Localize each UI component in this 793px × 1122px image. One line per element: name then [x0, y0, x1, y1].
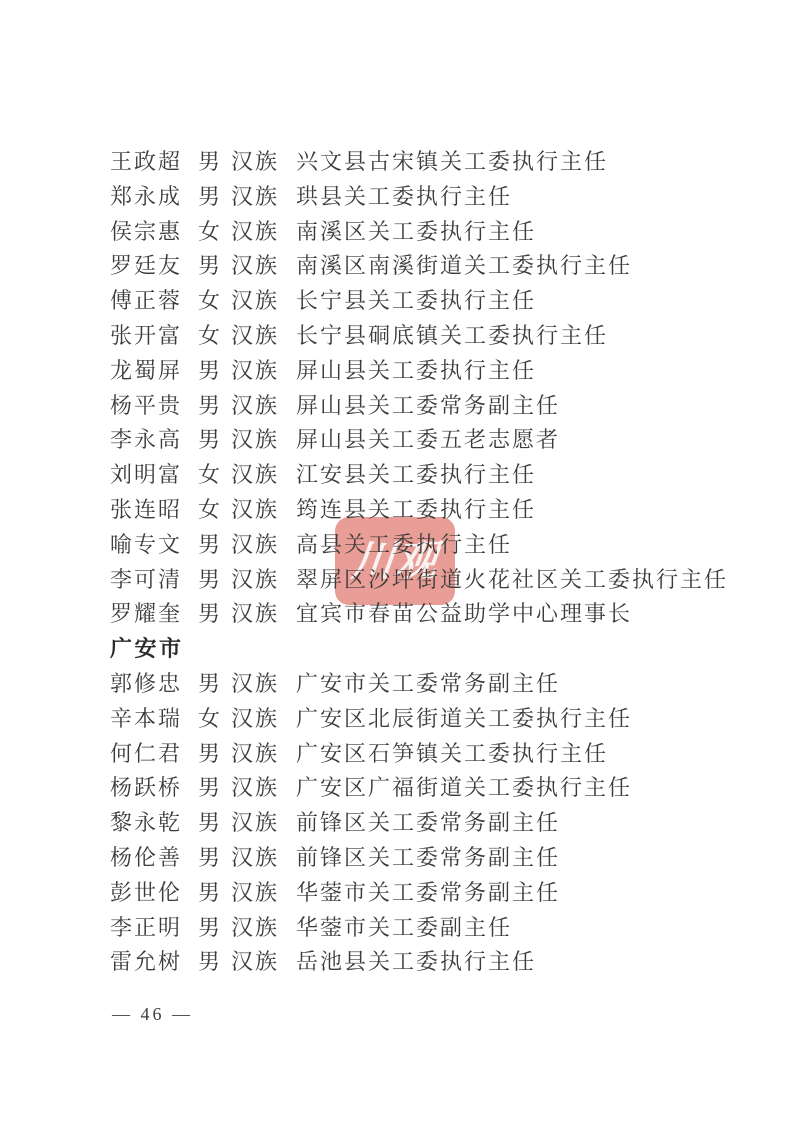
person-ethnicity: 汉族	[231, 358, 279, 384]
person-title: 岳池县关工委执行主任	[296, 949, 536, 975]
person-ethnicity: 汉族	[231, 915, 279, 941]
roster-row: 辛本瑞女汉族广安区北辰街道关工委执行主任	[0, 706, 793, 732]
person-name: 郭修忠	[110, 671, 182, 697]
roster-row: 彭世伦男汉族华蓥市关工委常务副主任	[0, 880, 793, 906]
person-gender: 男	[198, 880, 222, 906]
person-title: 华蓥市关工委副主任	[296, 915, 512, 941]
person-gender: 男	[198, 810, 222, 836]
person-name: 彭世伦	[110, 880, 182, 906]
section-header: 广安市	[110, 636, 184, 662]
person-title: 筠连县关工委执行主任	[296, 497, 536, 523]
person-title: 高县关工委执行主任	[296, 532, 512, 558]
person-title: 江安县关工委执行主任	[296, 462, 536, 488]
person-ethnicity: 汉族	[231, 671, 279, 697]
person-name: 李永高	[110, 427, 182, 453]
person-gender: 男	[198, 184, 222, 210]
person-gender: 女	[198, 706, 222, 732]
person-name: 张开富	[110, 323, 182, 349]
person-ethnicity: 汉族	[231, 567, 279, 593]
person-name: 罗廷友	[110, 253, 182, 279]
person-name: 杨伦善	[110, 845, 182, 871]
person-title: 宜宾市春苗公益助学中心理事长	[296, 601, 632, 627]
person-ethnicity: 汉族	[231, 601, 279, 627]
person-ethnicity: 汉族	[231, 149, 279, 175]
roster-row: 郑永成男汉族珙县关工委执行主任	[0, 184, 793, 210]
person-ethnicity: 汉族	[231, 393, 279, 419]
roster-list: 王政超男汉族兴文县古宋镇关工委执行主任郑永成男汉族珙县关工委执行主任侯宗惠女汉族…	[0, 0, 793, 1122]
person-gender: 男	[198, 393, 222, 419]
person-ethnicity: 汉族	[231, 706, 279, 732]
person-gender: 男	[198, 845, 222, 871]
person-gender: 男	[198, 567, 222, 593]
person-title: 翠屏区沙坪街道火花社区关工委执行主任	[296, 567, 728, 593]
person-name: 罗耀奎	[110, 601, 182, 627]
roster-row: 侯宗惠女汉族南溪区关工委执行主任	[0, 219, 793, 245]
roster-row: 王政超男汉族兴文县古宋镇关工委执行主任	[0, 149, 793, 175]
person-ethnicity: 汉族	[231, 810, 279, 836]
roster-row: 黎永乾男汉族前锋区关工委常务副主任	[0, 810, 793, 836]
roster-row: 张连昭女汉族筠连县关工委执行主任	[0, 497, 793, 523]
roster-row: 郭修忠男汉族广安市关工委常务副主任	[0, 671, 793, 697]
person-ethnicity: 汉族	[231, 775, 279, 801]
person-ethnicity: 汉族	[231, 845, 279, 871]
person-ethnicity: 汉族	[231, 427, 279, 453]
person-name: 傅正蓉	[110, 288, 182, 314]
roster-row: 李永高男汉族屏山县关工委五老志愿者	[0, 427, 793, 453]
person-title: 华蓥市关工委常务副主任	[296, 880, 560, 906]
person-gender: 男	[198, 741, 222, 767]
person-ethnicity: 汉族	[231, 949, 279, 975]
person-gender: 男	[198, 915, 222, 941]
person-gender: 女	[198, 323, 222, 349]
person-name: 郑永成	[110, 184, 182, 210]
roster-row: 罗耀奎男汉族宜宾市春苗公益助学中心理事长	[0, 601, 793, 627]
person-ethnicity: 汉族	[231, 184, 279, 210]
person-ethnicity: 汉族	[231, 323, 279, 349]
person-title: 长宁县硐底镇关工委执行主任	[296, 323, 608, 349]
person-name: 雷允树	[110, 949, 182, 975]
roster-row: 雷允树男汉族岳池县关工委执行主任	[0, 949, 793, 975]
page-number: — 46 —	[112, 1004, 193, 1025]
person-name: 杨平贵	[110, 393, 182, 419]
person-gender: 女	[198, 497, 222, 523]
person-name: 王政超	[110, 149, 182, 175]
person-title: 广安市关工委常务副主任	[296, 671, 560, 697]
person-gender: 男	[198, 427, 222, 453]
person-gender: 女	[198, 288, 222, 314]
roster-row: 龙蜀屏男汉族屏山县关工委执行主任	[0, 358, 793, 384]
roster-row: 傅正蓉女汉族长宁县关工委执行主任	[0, 288, 793, 314]
person-ethnicity: 汉族	[231, 497, 279, 523]
person-gender: 男	[198, 601, 222, 627]
person-title: 屏山县关工委常务副主任	[296, 393, 560, 419]
person-name: 杨跃桥	[110, 775, 182, 801]
person-title: 前锋区关工委常务副主任	[296, 845, 560, 871]
person-title: 广安区广福街道关工委执行主任	[296, 775, 632, 801]
person-ethnicity: 汉族	[231, 741, 279, 767]
person-gender: 女	[198, 462, 222, 488]
person-title: 长宁县关工委执行主任	[296, 288, 536, 314]
person-ethnicity: 汉族	[231, 219, 279, 245]
person-name: 李可清	[110, 567, 182, 593]
person-title: 兴文县古宋镇关工委执行主任	[296, 149, 608, 175]
person-name: 黎永乾	[110, 810, 182, 836]
person-title: 广安区北辰街道关工委执行主任	[296, 706, 632, 732]
page-number-text: — 46 —	[112, 1004, 193, 1024]
person-name: 刘明富	[110, 462, 182, 488]
person-gender: 男	[198, 671, 222, 697]
roster-row: 杨伦善男汉族前锋区关工委常务副主任	[0, 845, 793, 871]
person-title: 南溪区南溪街道关工委执行主任	[296, 253, 632, 279]
person-ethnicity: 汉族	[231, 532, 279, 558]
person-gender: 男	[198, 775, 222, 801]
person-gender: 男	[198, 149, 222, 175]
person-ethnicity: 汉族	[231, 288, 279, 314]
person-gender: 女	[198, 219, 222, 245]
person-title: 南溪区关工委执行主任	[296, 219, 536, 245]
person-ethnicity: 汉族	[231, 880, 279, 906]
person-ethnicity: 汉族	[231, 462, 279, 488]
roster-row: 罗廷友男汉族南溪区南溪街道关工委执行主任	[0, 253, 793, 279]
person-title: 珙县关工委执行主任	[296, 184, 512, 210]
person-title: 广安区石笋镇关工委执行主任	[296, 741, 608, 767]
person-gender: 男	[198, 358, 222, 384]
document-page: 川观 王政超男汉族兴文县古宋镇关工委执行主任郑永成男汉族珙县关工委执行主任侯宗惠…	[0, 0, 793, 1122]
person-title: 屏山县关工委执行主任	[296, 358, 536, 384]
person-name: 辛本瑞	[110, 706, 182, 732]
person-gender: 男	[198, 532, 222, 558]
person-title: 屏山县关工委五老志愿者	[296, 427, 560, 453]
roster-row: 杨跃桥男汉族广安区广福街道关工委执行主任	[0, 775, 793, 801]
person-name: 李正明	[110, 915, 182, 941]
roster-row: 刘明富女汉族江安县关工委执行主任	[0, 462, 793, 488]
roster-row: 李正明男汉族华蓥市关工委副主任	[0, 915, 793, 941]
roster-row: 张开富女汉族长宁县硐底镇关工委执行主任	[0, 323, 793, 349]
roster-row: 何仁君男汉族广安区石笋镇关工委执行主任	[0, 741, 793, 767]
person-name: 侯宗惠	[110, 219, 182, 245]
person-title: 前锋区关工委常务副主任	[296, 810, 560, 836]
person-name: 何仁君	[110, 741, 182, 767]
person-ethnicity: 汉族	[231, 253, 279, 279]
roster-row: 李可清男汉族翠屏区沙坪街道火花社区关工委执行主任	[0, 567, 793, 593]
roster-row: 杨平贵男汉族屏山县关工委常务副主任	[0, 393, 793, 419]
person-name: 张连昭	[110, 497, 182, 523]
person-gender: 男	[198, 949, 222, 975]
roster-row: 喻专文男汉族高县关工委执行主任	[0, 532, 793, 558]
person-name: 喻专文	[110, 532, 182, 558]
person-gender: 男	[198, 253, 222, 279]
person-name: 龙蜀屏	[110, 358, 182, 384]
